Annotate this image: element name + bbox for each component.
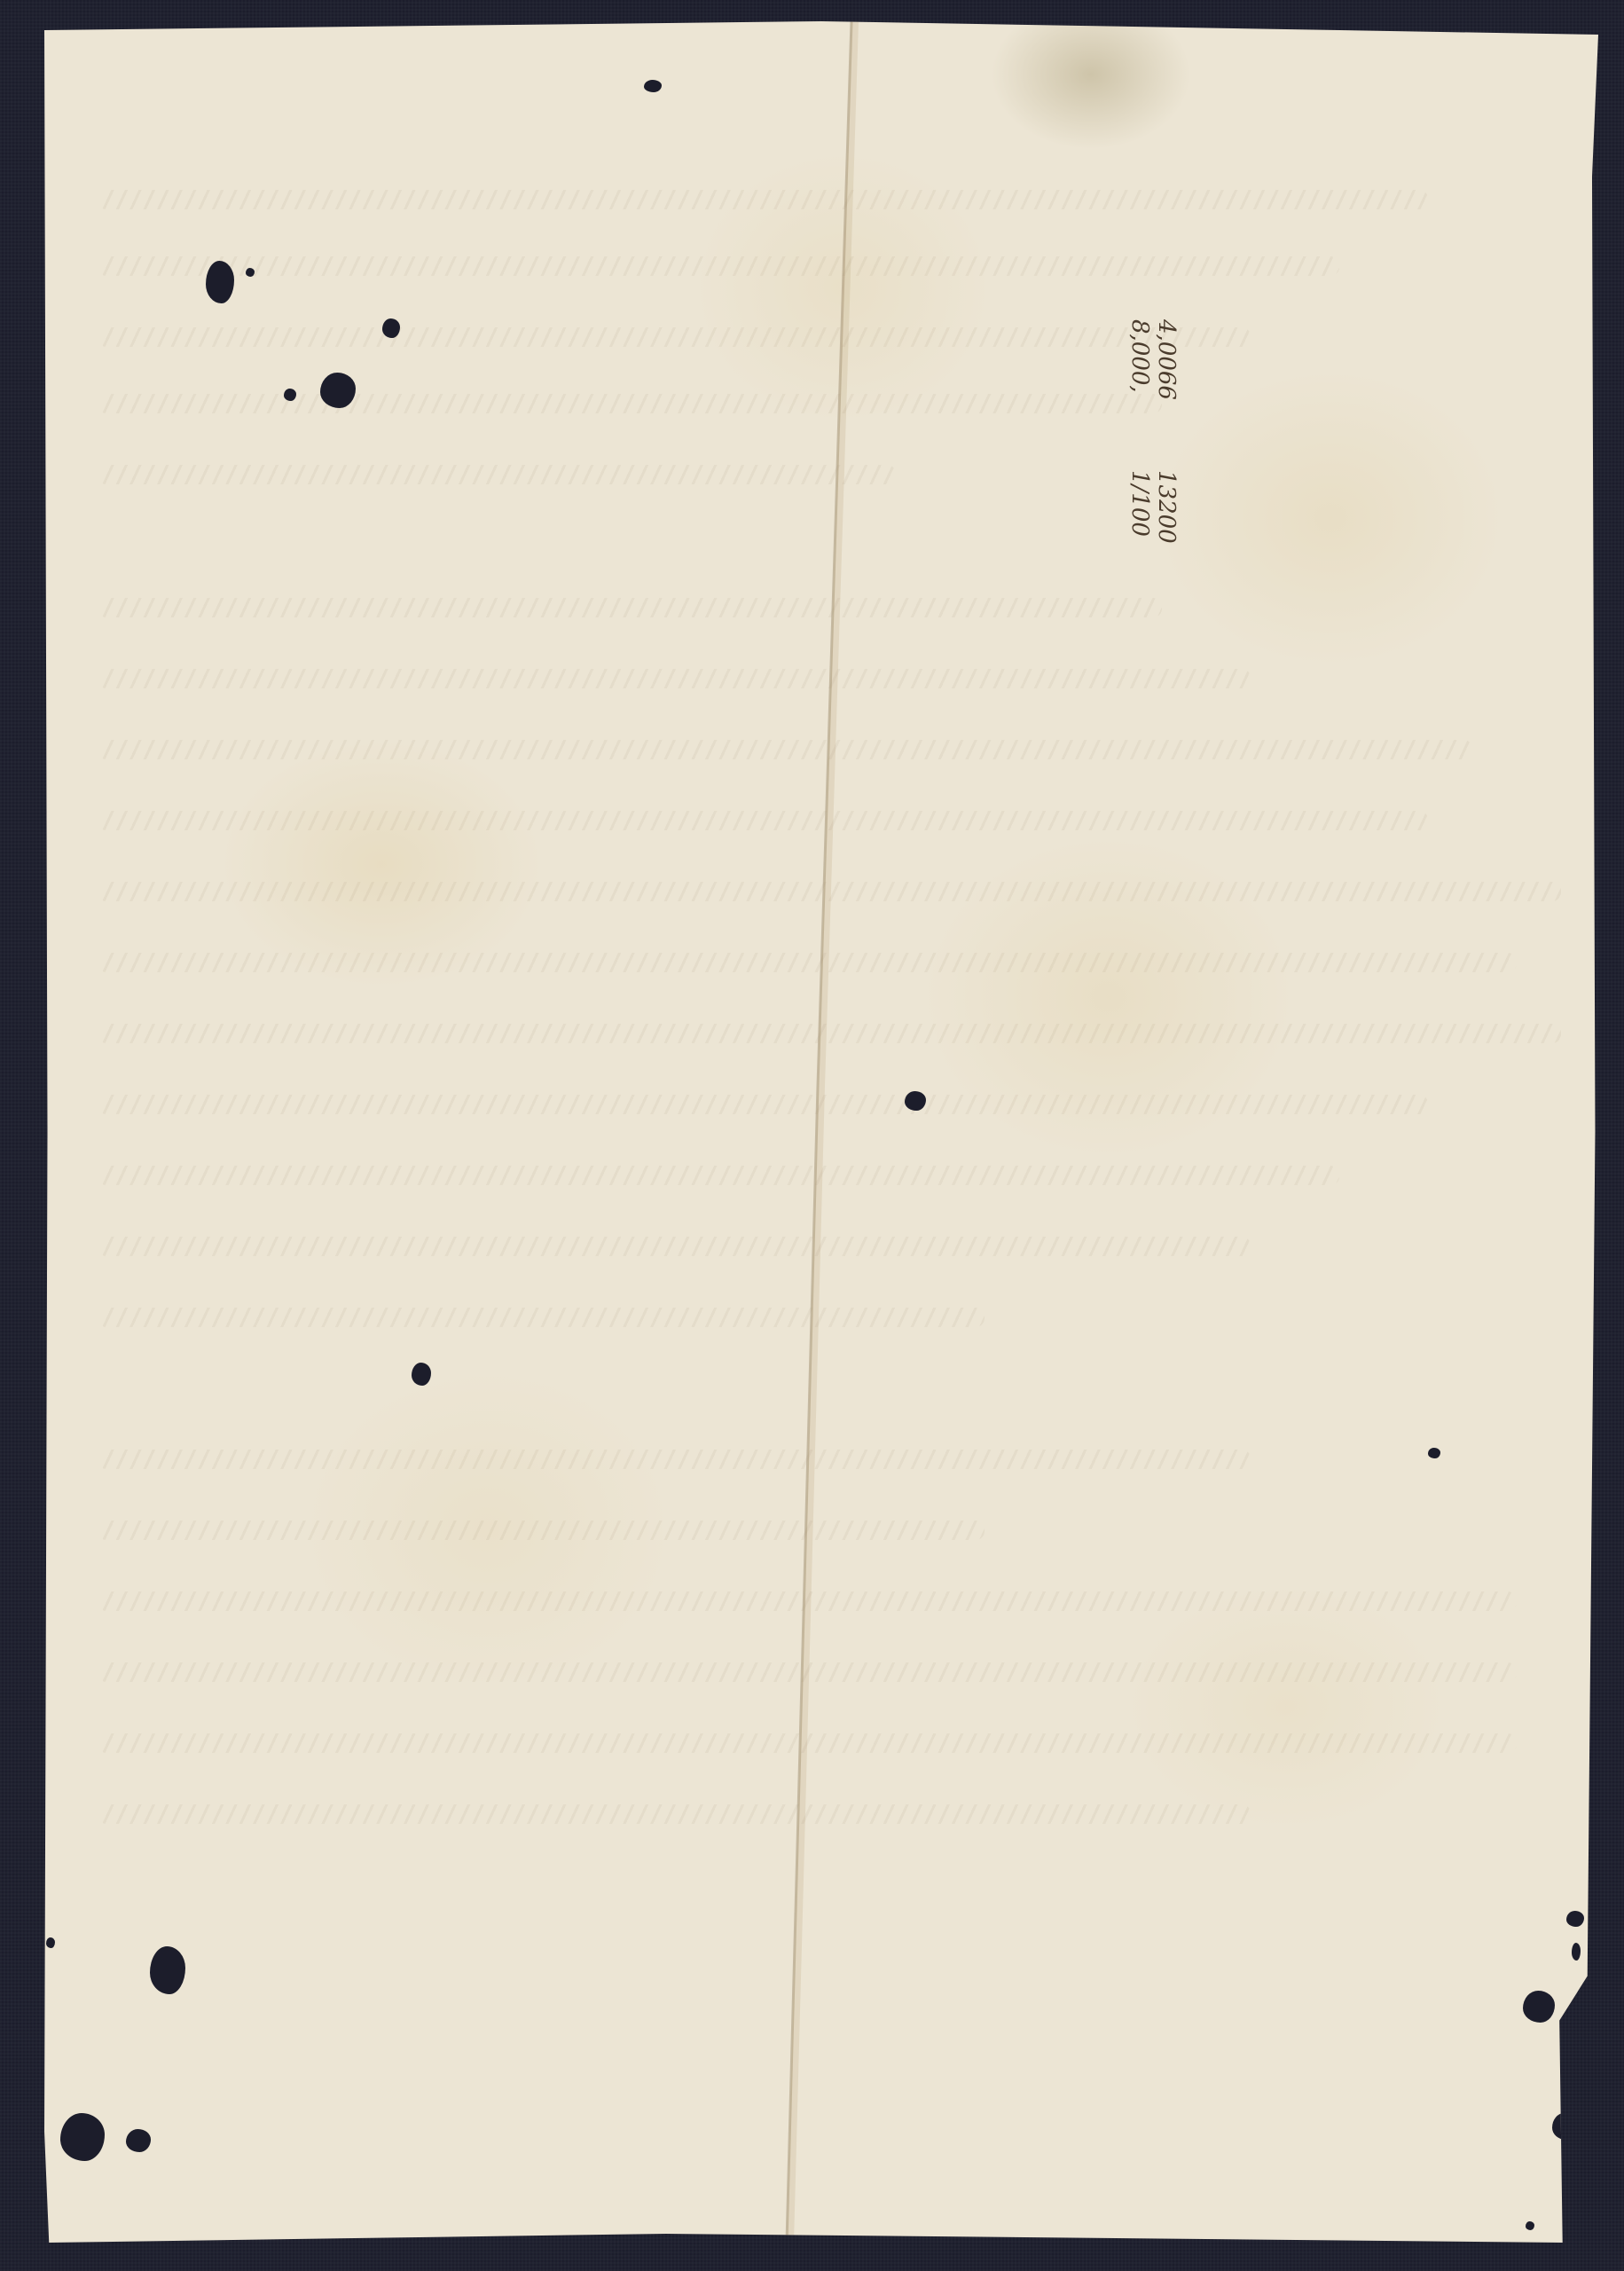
bleed-through-line xyxy=(98,1521,985,1540)
paper-hole xyxy=(320,373,356,408)
bleed-through-line xyxy=(98,1591,1517,1611)
paper-hole xyxy=(412,1363,431,1386)
bleed-through-line xyxy=(98,598,1162,617)
bleed-through-line xyxy=(98,465,896,484)
paper-hole xyxy=(284,389,296,401)
docket-notation: 4,0066 8,000, 13200 1/100 xyxy=(1109,319,1224,550)
paper-hole xyxy=(126,2129,151,2152)
paper-hole xyxy=(644,80,662,92)
paper-hole xyxy=(1526,2221,1534,2230)
paper-hole xyxy=(905,1091,926,1111)
bleed-through-line xyxy=(98,1024,1561,1043)
docket-notation-left: 4,0066 8,000, xyxy=(1126,319,1180,400)
paper-hole xyxy=(150,1946,185,1994)
bleed-through-line xyxy=(98,190,1428,209)
bleed-through-line xyxy=(98,256,1339,276)
paper-hole xyxy=(60,2113,105,2161)
bleed-through-line xyxy=(98,669,1251,688)
notation-figure: 8,000, xyxy=(1126,319,1153,400)
bleed-through-line xyxy=(98,1237,1251,1256)
paper-hole xyxy=(1566,1911,1584,1927)
paper-hole xyxy=(206,261,234,303)
bleed-through-line xyxy=(98,1804,1251,1824)
docket-notation-right: 13200 1/100 xyxy=(1126,470,1180,544)
notation-figure: 4,0066 xyxy=(1153,319,1180,400)
manuscript-page: 4,0066 8,000, 13200 1/100 xyxy=(44,21,1598,2243)
paper-hole xyxy=(1428,1448,1440,1458)
bleed-through-line xyxy=(98,953,1517,972)
bleed-through-line xyxy=(98,1662,1517,1682)
bleed-through-line xyxy=(98,327,1251,347)
bleed-through-line xyxy=(98,394,1162,413)
bleed-through-line xyxy=(98,740,1472,759)
center-fold-crease xyxy=(44,21,1598,2243)
bleed-through-line xyxy=(98,882,1561,901)
paper-hole xyxy=(246,268,255,277)
paper-hole xyxy=(1572,1943,1581,1961)
paper-hole xyxy=(382,318,400,338)
notation-figure: 1/100 xyxy=(1126,470,1153,544)
notation-figure: 13200 xyxy=(1153,470,1180,544)
bleed-through-line xyxy=(98,1166,1339,1185)
bleed-through-line xyxy=(98,811,1428,830)
bleed-through-line xyxy=(98,1308,985,1327)
paper-hole xyxy=(1523,1991,1555,2023)
bleed-through-line xyxy=(98,1095,1428,1114)
bleed-through-line xyxy=(98,1450,1251,1469)
paper-hole xyxy=(46,1937,55,1948)
bleed-through-line xyxy=(98,1733,1517,1753)
